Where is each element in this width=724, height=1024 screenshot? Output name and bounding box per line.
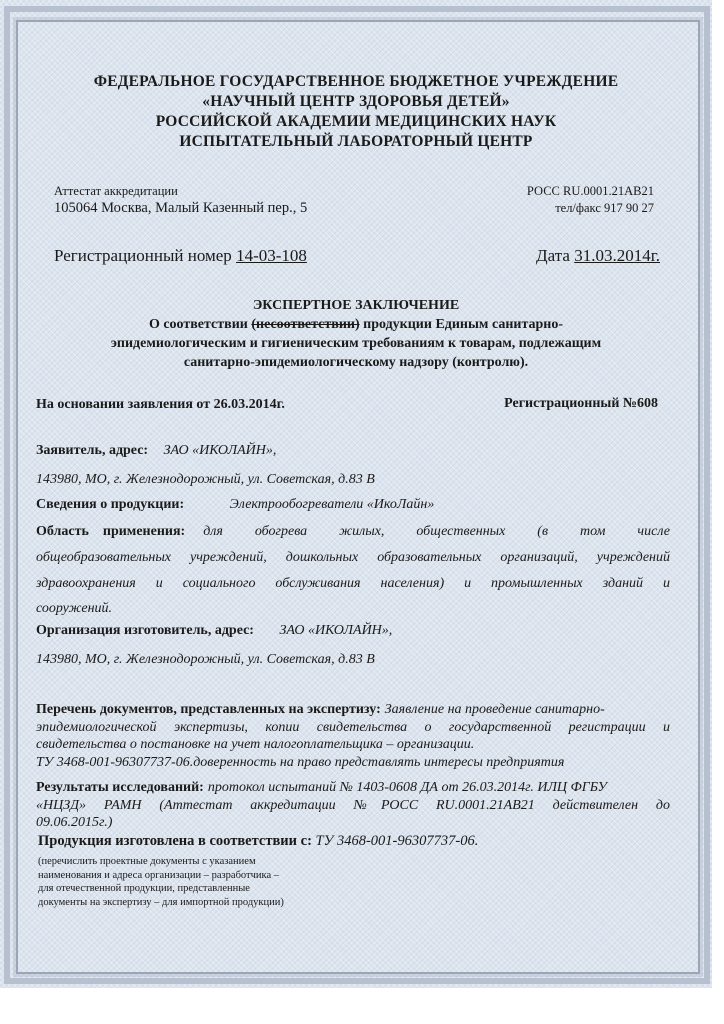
footnote-line: наименования и адреса организации – разр… [38,869,284,883]
footnote-line: для отечественной продукции, представлен… [38,882,284,896]
institution-address: 105064 Москва, Малый Казенный пер., 5 [54,199,307,218]
registration-number-row: Регистрационный номер 14-03-108 [54,246,307,266]
conclusion-line-1: О соответствии (несоответствии) продукци… [0,315,712,334]
scope-label: Область применения: [36,524,185,540]
results-label: Результаты исследований: [36,780,204,796]
applicant-row: Заявитель, адрес: ЗАО «ИКОЛАЙН», [36,443,276,459]
accreditation-number: РОСС RU.0001.21АВ21 [527,183,654,200]
header-line: ИСПЫТАТЕЛЬНЫЙ ЛАБОРАТОРНЫЙ ЦЕНТР [0,132,712,152]
header-line: ФЕДЕРАЛЬНОЕ ГОСУДАРСТВЕННОЕ БЮДЖЕТНОЕ УЧ… [0,72,712,92]
scope-line-3: здравоохранения и социального обслуживан… [36,576,670,592]
registration-number-label: Регистрационный номер [54,246,232,265]
documents-line-4: ТУ 3468-001-96307737-06.доверенность на … [36,755,564,771]
scope-row: Область применения: для обогрева жилых, … [36,524,670,540]
conclusion-suffix: продукции Единым санитарно- [363,317,563,332]
compliance-label: Продукция изготовлена в соответствии с: [38,833,312,849]
footnote-line: (перечислить проектные документы с указа… [38,855,284,869]
application-basis: На основании заявления от 26.03.2014г. [36,397,285,413]
struck-out-text: (несоответствии) [251,317,359,332]
header-line: «НАУЧНЫЙ ЦЕНТР ЗДОРОВЬЯ ДЕТЕЙ» [0,92,712,112]
conclusion-line-2: эпидемиологическим и гигиеническим требо… [0,334,712,353]
registration-number-value: 14-03-108 [236,246,307,265]
manufacturer-address: 143980, МО, г. Железнодорожный, ул. Сове… [36,652,375,668]
product-value: Электрообогреватели «ИкоЛайн» [230,497,435,512]
header-line: РОССИЙСКОЙ АКАДЕМИИ МЕДИЦИНСКИХ НАУК [0,112,712,132]
documents-line-3: свидетельства о постановке на учет налог… [36,737,474,753]
registration-no: Регистрационный №608 [504,396,658,412]
manufacturer-name: ЗАО «ИКОЛАЙН», [279,623,392,638]
scope-line-1: для обогрева жилых, общественных (в том … [203,524,670,540]
date-label: Дата [536,246,570,265]
accreditation-label: Аттестат аккредитации [54,183,178,200]
institution-header: ФЕДЕРАЛЬНОЕ ГОСУДАРСТВЕННОЕ БЮДЖЕТНОЕ УЧ… [0,72,712,152]
applicant-address: 143980, МО, г. Железнодорожный, ул. Сове… [36,472,375,488]
results-line-2: «НЦЗД» РАМН (Аттестат аккредитации №РОСС… [36,798,670,814]
conclusion-prefix: О соответствии [149,317,248,332]
document-content: ФЕДЕРАЛЬНОЕ ГОСУДАРСТВЕННОЕ БЮДЖЕТНОЕ УЧ… [0,0,712,988]
results-line-1: протокол испытаний № 1403-0608 ДА от 26.… [208,780,607,796]
document-page: ФЕДЕРАЛЬНОЕ ГОСУДАРСТВЕННОЕ БЮДЖЕТНОЕ УЧ… [0,0,712,988]
applicant-label: Заявитель, адрес: [36,443,148,458]
documents-line-2: эпидемиологической экспертизы, копии сви… [36,720,670,736]
documents-label: Перечень документов, представленных на э… [36,702,381,718]
phone-fax: тел/факс 917 90 27 [555,200,654,217]
scope-line-2: общеобразовательных учреждений, дошкольн… [36,550,670,566]
footnote-line: документы на экспертизу – для импортной … [38,896,284,910]
product-row: Сведения о продукции: Электрообогревател… [36,497,434,513]
conclusion-title-block: ЭКСПЕРТНОЕ ЗАКЛЮЧЕНИЕ О соответствии (не… [0,296,712,372]
footnote: (перечислить проектные документы с указа… [38,855,284,909]
manufacturer-row: Организация изготовитель, адрес: ЗАО «ИК… [36,623,392,639]
date-value: 31.03.2014г. [574,246,660,265]
scope-line-4: сооружений. [36,601,112,617]
documents-row: Перечень документов, представленных на э… [36,702,670,718]
results-row: Результаты исследований: протокол испыта… [36,780,670,796]
compliance-row: Продукция изготовлена в соответствии с: … [38,833,478,850]
applicant-name: ЗАО «ИКОЛАЙН», [164,443,277,458]
results-line-3: 09.06.2015г.) [36,815,112,831]
documents-line-1: Заявление на проведение санитарно- [385,702,605,718]
date-row: Дата 31.03.2014г. [536,246,660,266]
manufacturer-label: Организация изготовитель, адрес: [36,623,254,638]
product-label: Сведения о продукции: [36,497,184,512]
conclusion-line-3: санитарно-эпидемиологическому надзору (к… [0,353,712,372]
conclusion-title: ЭКСПЕРТНОЕ ЗАКЛЮЧЕНИЕ [0,296,712,315]
compliance-value: ТУ 3468-001-96307737-06. [316,833,479,849]
